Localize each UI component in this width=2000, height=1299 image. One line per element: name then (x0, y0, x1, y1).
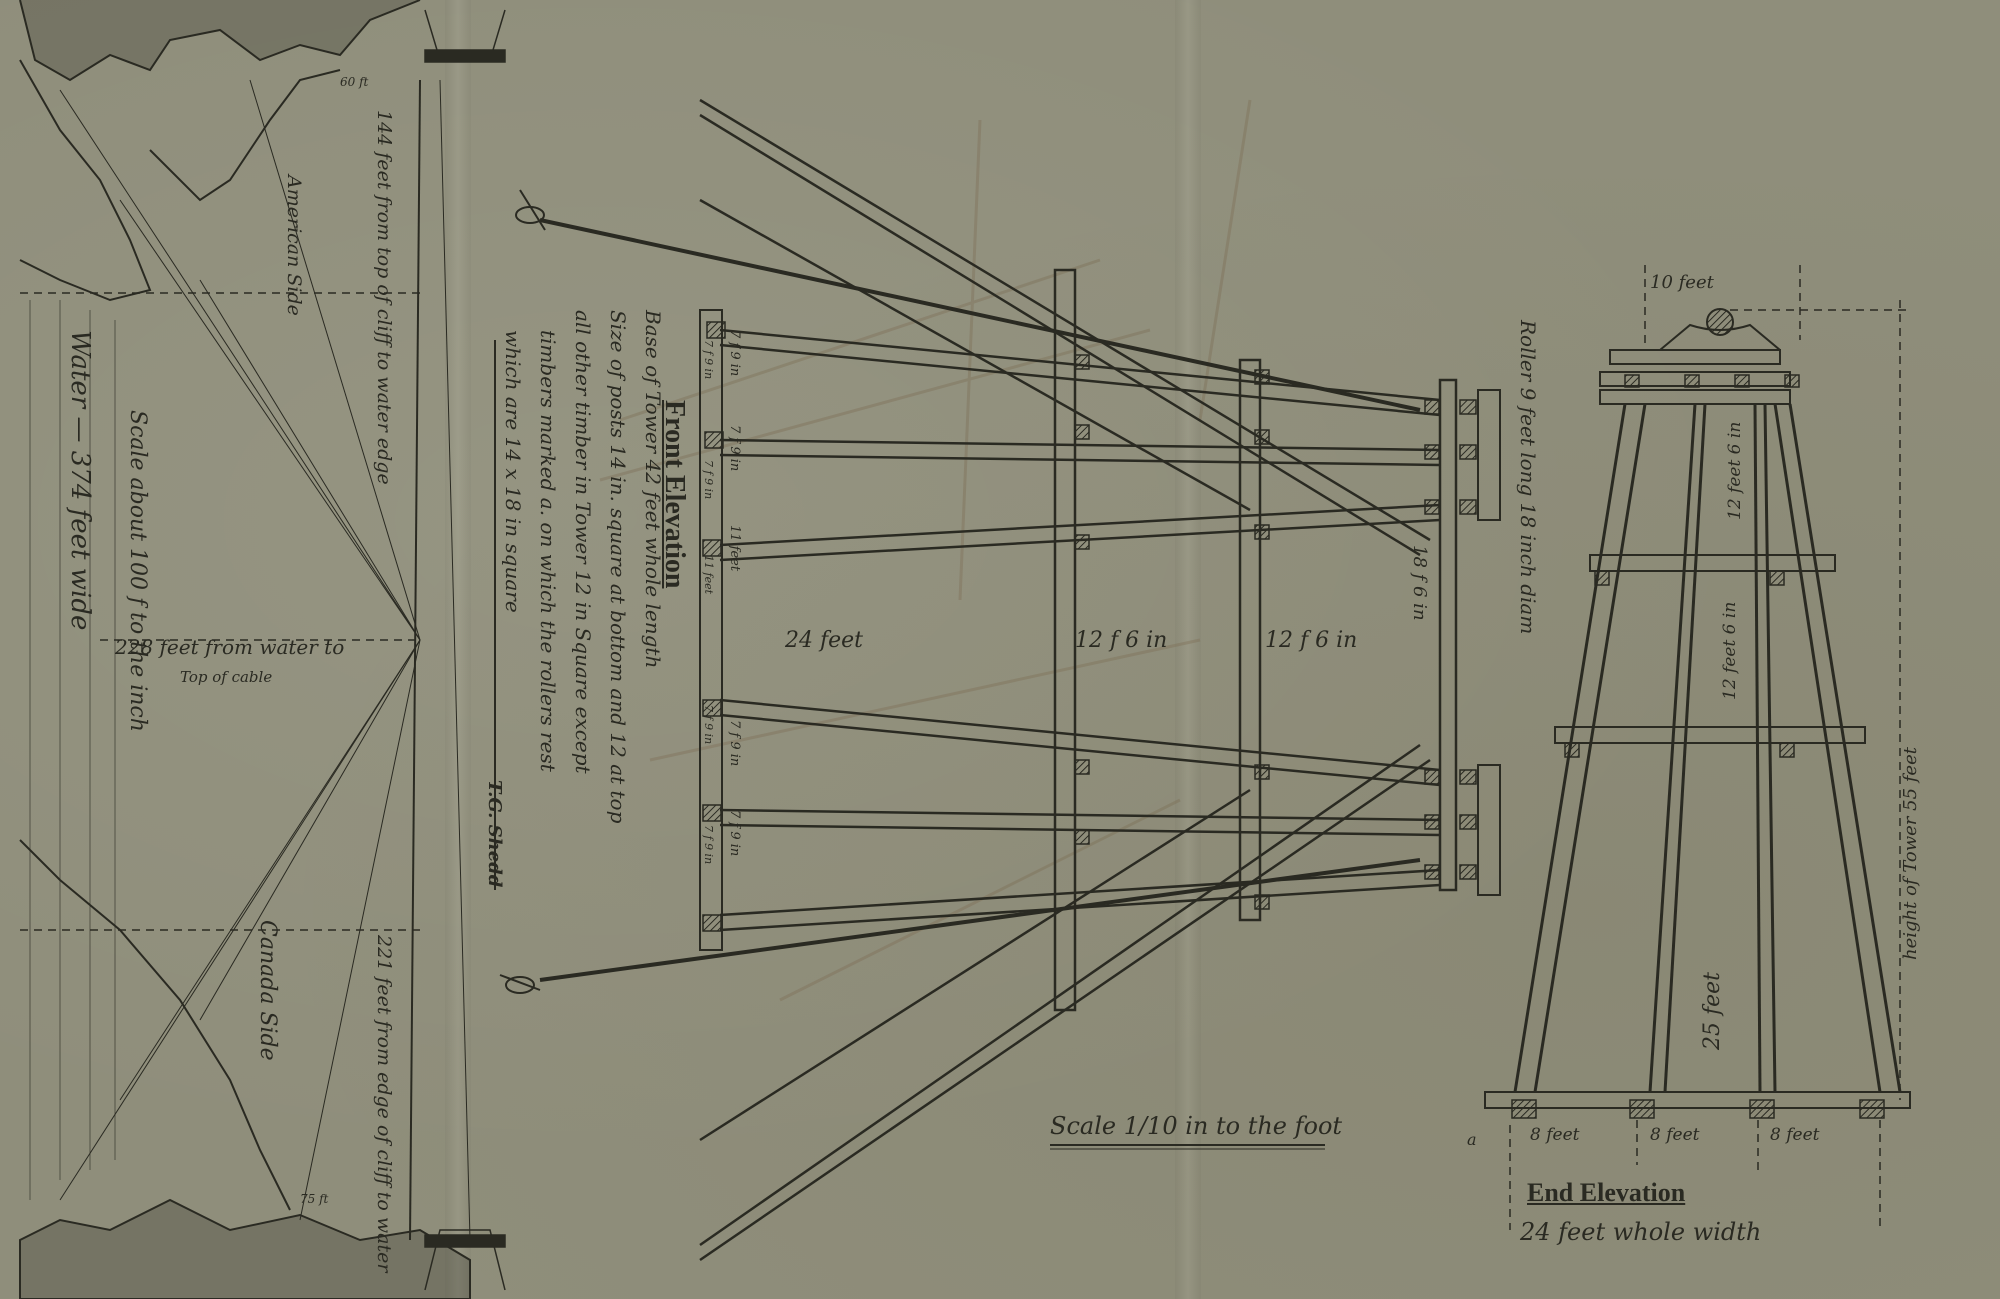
base-spacing-1: 8 feet (1530, 1125, 1579, 1145)
front-note-5: which are 14 x 18 in square (501, 330, 525, 613)
scale-label: Scale 1/10 in to the foot (1050, 1112, 1342, 1140)
dim-left-3: 11 feet (727, 525, 742, 571)
tower-height-label: height of Tower 55 feet (1900, 747, 1921, 960)
front-elevation (495, 100, 1500, 1260)
american-cliff-label: 144 feet from top of cliff to water edge (373, 110, 395, 485)
dim-left-outer-5: 7 f 9 in (702, 825, 715, 864)
dim-left-outer-1: 7 f 9 in (702, 340, 715, 379)
middle-section-label: 12 feet 6 in (1720, 602, 1740, 700)
american-side-label: American Side (283, 175, 305, 316)
dim-top-post-label: 18 f 6 in (1409, 545, 1430, 621)
dim-left-outer-4: 7 f 9 in (702, 705, 715, 744)
paper-sheet: Scale about 100 f to the inch Water — 37… (0, 0, 2000, 1299)
marker-bottom-label: 75 ft (300, 1192, 328, 1206)
signature: T.G. Shedd (484, 780, 505, 887)
canada-cliff-label: 221 feet from edge of cliff to water (373, 935, 395, 1272)
canada-side-label: Canada Side (255, 920, 280, 1061)
roller-mark: a (1467, 1130, 1477, 1149)
dim-mid-label: 12 f 6 in (1075, 628, 1167, 653)
water-width-label: Water — 374 feet wide (65, 330, 95, 630)
scale-note-gorge: Scale about 100 f to the inch (125, 410, 150, 732)
front-note-2: Size of posts 14 in. square at bottom an… (606, 310, 630, 823)
height-to-cable-label: 228 feet from water to (115, 635, 344, 659)
dim-left-5: 7 f 9 in (727, 810, 742, 856)
dim-base-label: 24 feet (785, 628, 863, 653)
dim-left-outer-2: 7 f 9 in (702, 460, 715, 499)
dim-left-2: 7 f 9 in (727, 425, 742, 471)
front-note-4: timbers marked a. on which the rollers r… (536, 330, 560, 772)
dim-left-4: 7 f 9 in (727, 720, 742, 766)
height-to-cable-sublabel: Top of cable (180, 668, 272, 686)
whole-width-label: 24 feet whole width (1520, 1218, 1761, 1246)
front-note-1: Base of Tower 42 feet whole length (641, 310, 665, 668)
marker-top-label: 60 ft (340, 75, 368, 89)
base-spacing-2: 8 feet (1650, 1125, 1699, 1145)
roller-note: Roller 9 feet long 18 inch diam (1516, 320, 1540, 634)
front-note-3: all other timber in Tower 12 in Square e… (571, 310, 595, 774)
lower-section-label: 25 feet (1700, 972, 1725, 1050)
dim-left-1: 7 f 9 in (727, 330, 742, 376)
dim-left-outer-3: 11 feet (702, 555, 715, 594)
top-width-label: 10 feet (1650, 272, 1714, 293)
upper-section-label: 12 feet 6 in (1725, 422, 1745, 520)
base-spacing-3: 8 feet (1770, 1125, 1819, 1145)
end-elevation (1485, 265, 1910, 1230)
end-elevation-title: End Elevation (1527, 1178, 1685, 1208)
dim-top-label: 12 f 6 in (1265, 628, 1357, 653)
